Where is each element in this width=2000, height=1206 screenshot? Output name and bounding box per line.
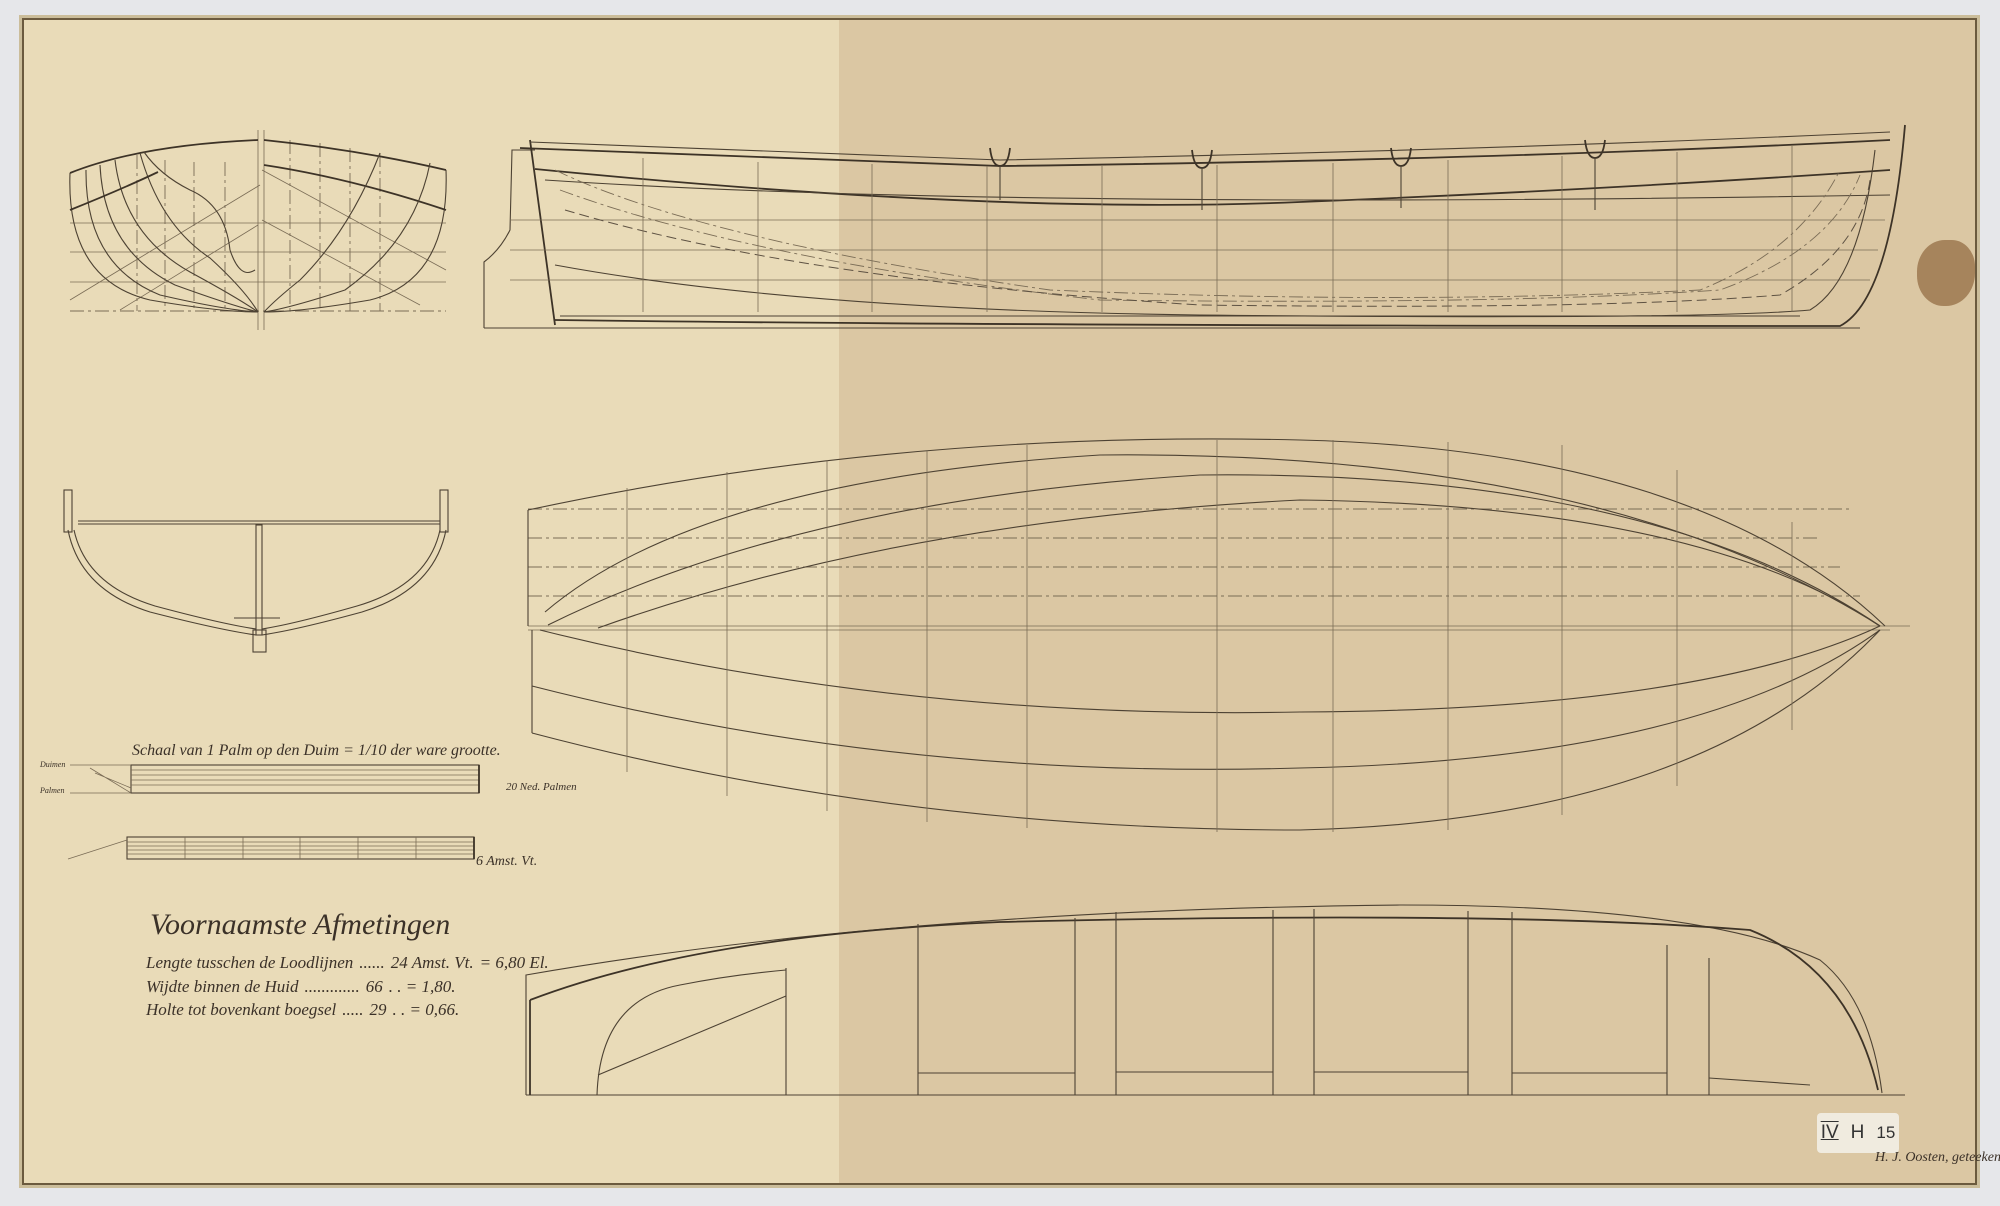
- oarlock-icon: [1585, 140, 1605, 210]
- oarlock-icon: [1192, 150, 1212, 210]
- scale-bar-title: Schaal van 1 Palm op den Duim = 1/10 der…: [132, 742, 501, 760]
- scale-bar-2-end-label: 6 Amst. Vt.: [476, 854, 537, 870]
- scale-bar-feet: [68, 837, 474, 859]
- scale-side-label-palmen: Palmen: [40, 786, 64, 795]
- dimension-row-depth: Holte tot bovenkant boegsel.....29. . = …: [146, 1000, 459, 1020]
- longitudinal-section: [526, 905, 1905, 1095]
- dimensions-title: Voornaamste Afmetingen: [150, 908, 450, 942]
- dimension-row-width: Wijdte binnen de Huid.............66. . …: [146, 977, 456, 997]
- archive-label: IV H 15: [1817, 1113, 1899, 1153]
- midship-section: [64, 490, 448, 652]
- scale-bar-palms: [70, 765, 479, 793]
- scale-side-label-duimen: Duimen: [40, 760, 65, 769]
- scale-bar-end-label: 20 Ned. Palmen: [506, 781, 577, 793]
- body-plan: [70, 130, 446, 330]
- signature: H. J. Oosten, geteekend: [1875, 1150, 2000, 1166]
- oarlock-icon: [1391, 148, 1411, 208]
- dimension-row-length: Lengte tusschen de Loodlijnen......24 Am…: [146, 953, 549, 973]
- ship-lines-drawing: [0, 0, 2000, 1206]
- sheer-plan: [484, 125, 1905, 328]
- oarlock-icon: [990, 148, 1010, 200]
- half-breadth-plan: [528, 439, 1910, 832]
